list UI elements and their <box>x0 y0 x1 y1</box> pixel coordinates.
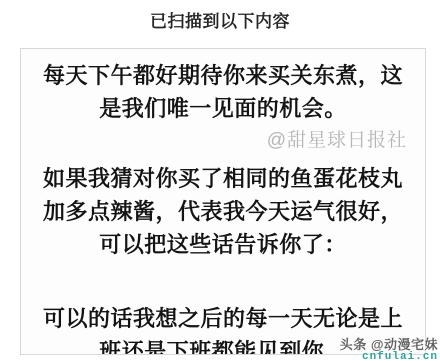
content-attribution: @甜星球日报社 <box>33 129 413 153</box>
scanned-paragraph-2: 如果我猜对你买了相同的鱼蛋花枝丸加多点辣酱，代表我今天运气很好，可以把这些话告诉… <box>33 162 413 261</box>
scan-status-title: 已扫描到以下内容 <box>0 7 440 32</box>
scanned-content-card: 每天下午都好期待你来买关东煮，这是我们唯一见面的机会。 @甜星球日报社 如果我猜… <box>20 48 426 355</box>
watermark-account-label: 头条 @动漫宅妹 <box>340 338 438 351</box>
scan-result-screen: 已扫描到以下内容 每天下午都好期待你来买关东煮，这是我们唯一见面的机会。 @甜星… <box>0 0 440 363</box>
watermark: 头条 @动漫宅妹 cnfulai.cn <box>340 338 438 363</box>
watermark-site-url: cnfulai.cn <box>340 352 438 363</box>
scanned-paragraph-1: 每天下午都好期待你来买关东煮，这是我们唯一见面的机会。 <box>33 59 413 125</box>
